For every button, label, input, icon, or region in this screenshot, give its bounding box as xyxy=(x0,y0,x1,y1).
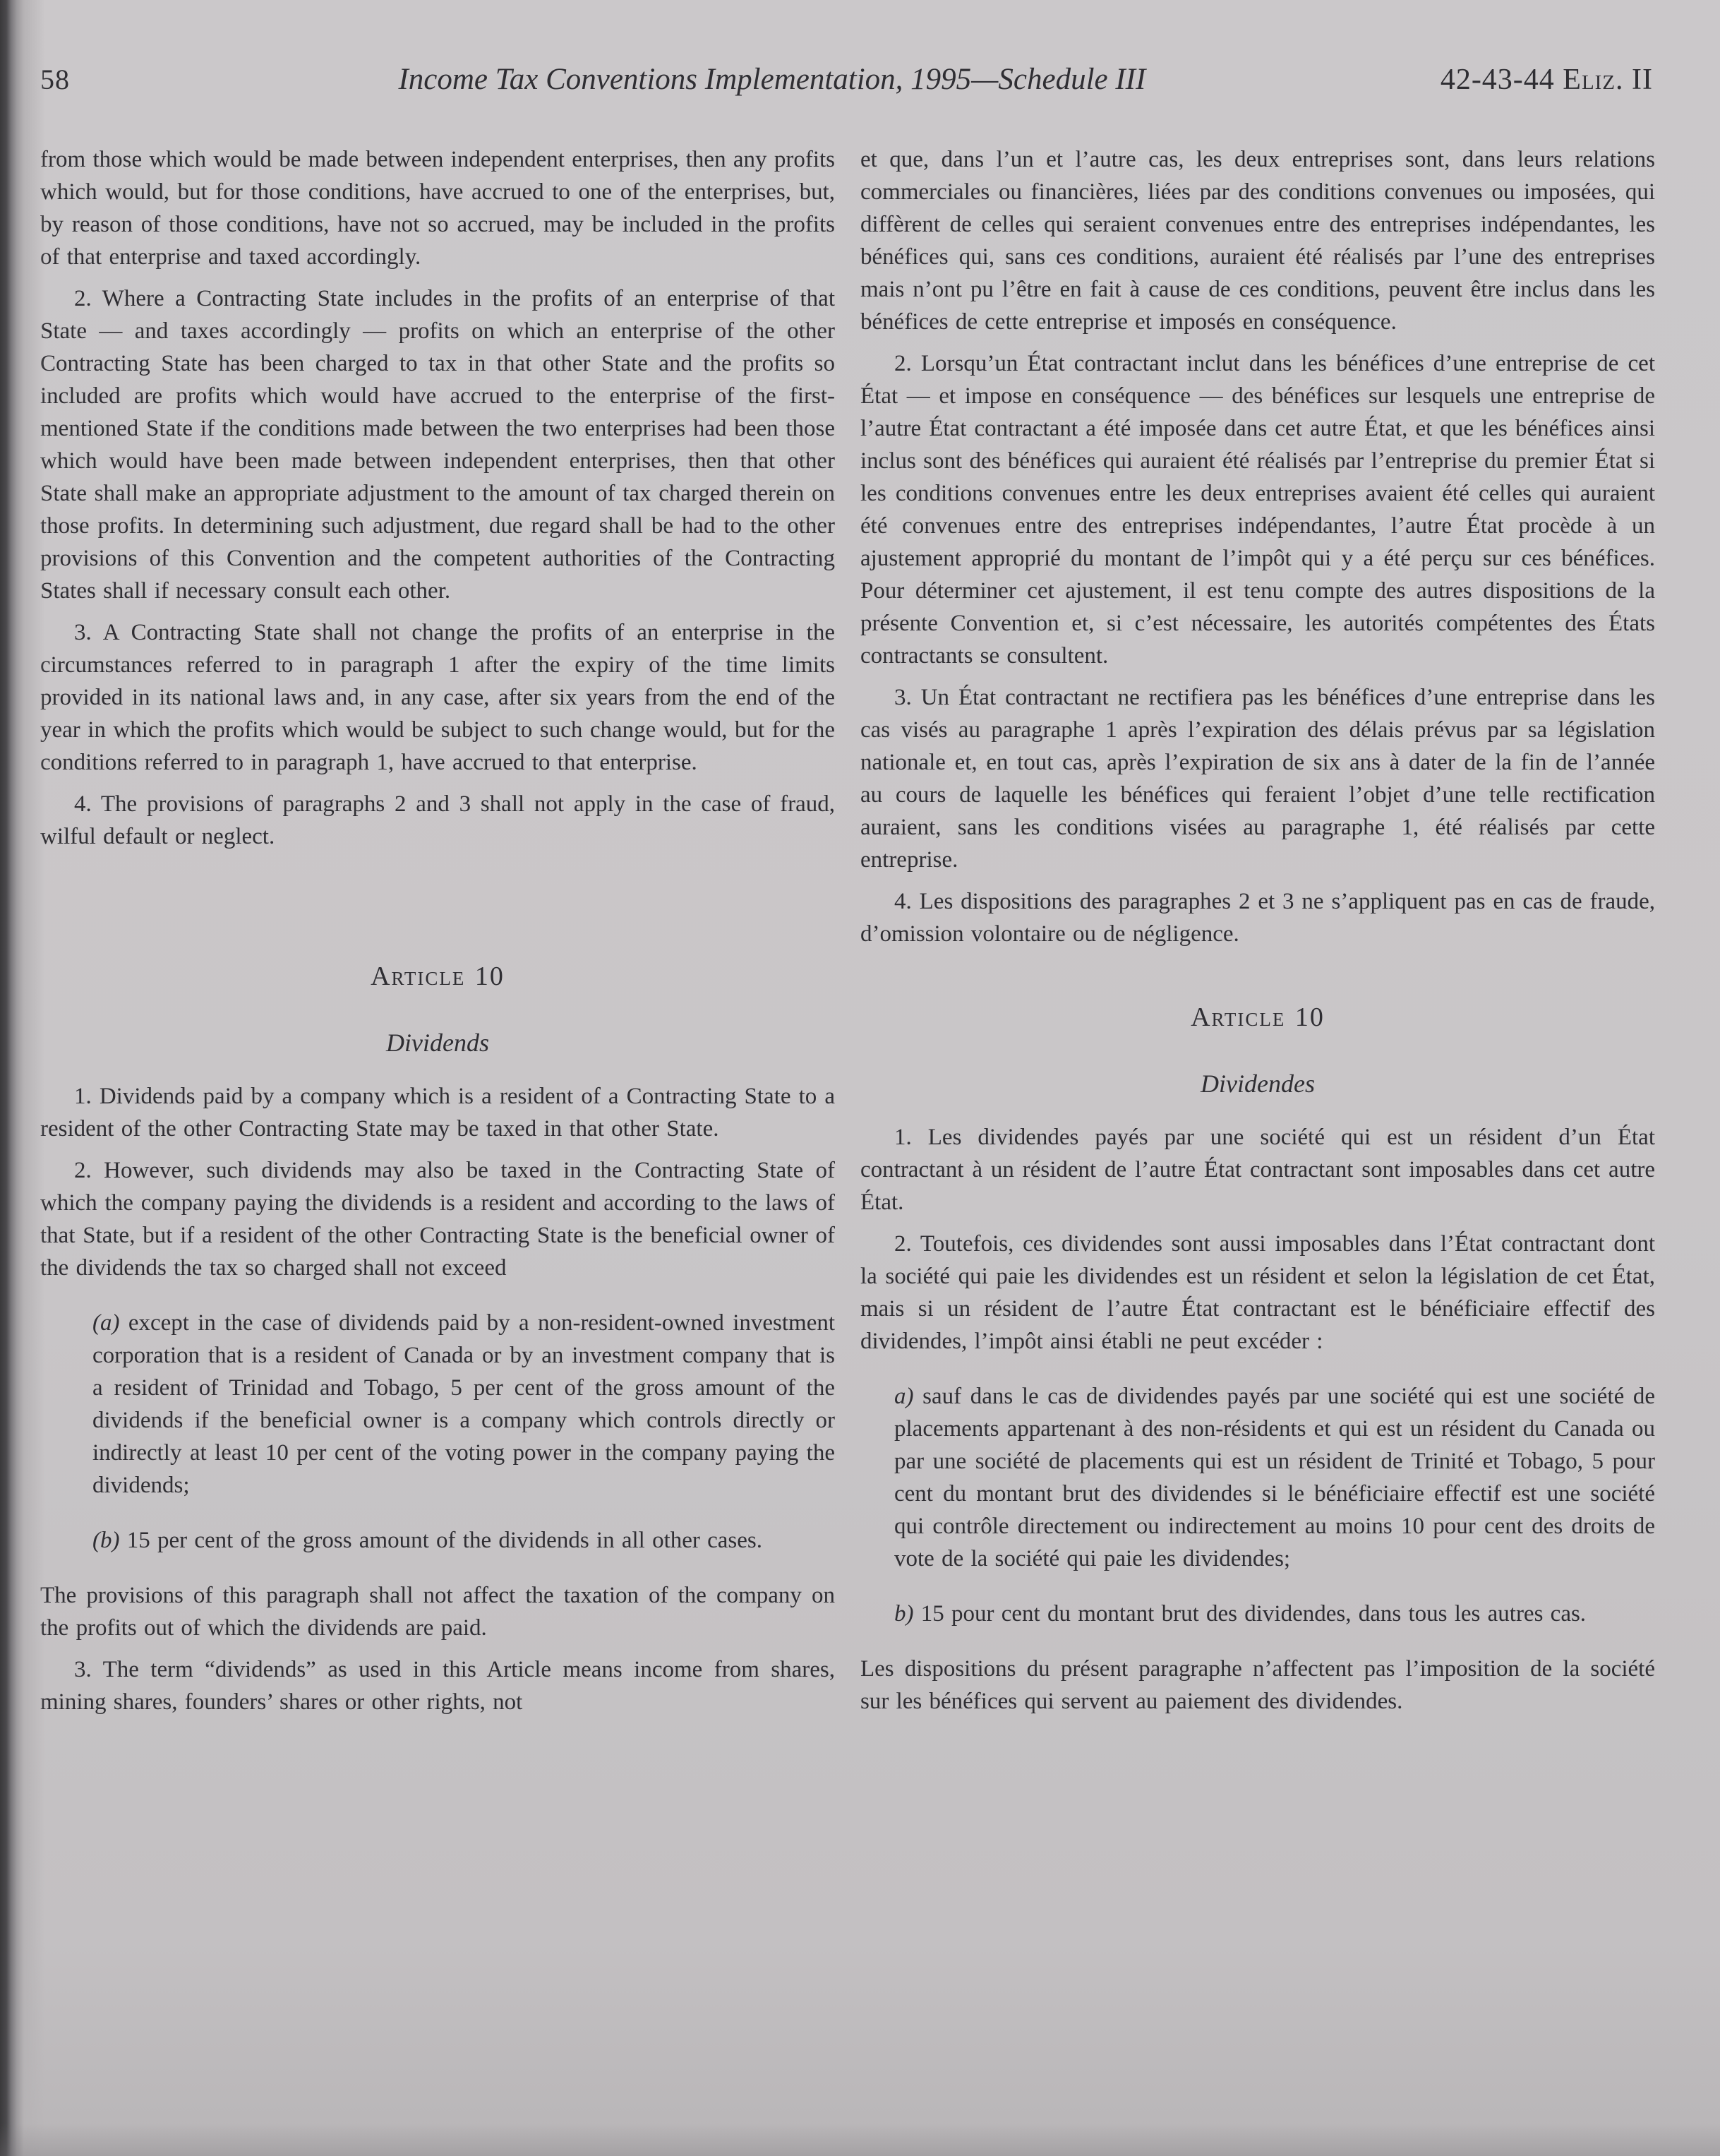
page-header: 58 Income Tax Conventions Implementation… xyxy=(0,0,1720,97)
fr-provisions-paragraph: Les dispositions du présent paragraphe n… xyxy=(860,1653,1655,1718)
fr-item-a: a) sauf dans le cas de dividendes payés … xyxy=(894,1380,1655,1575)
en-dividends-paragraph-2: 2. However, such dividends may also be t… xyxy=(40,1154,835,1284)
en-article-10-heading: Article 10 xyxy=(40,960,835,993)
fr-item-b-text: 15 pour cent du montant brut des dividen… xyxy=(921,1601,1586,1627)
en-paragraph-3: 3. A Contracting State shall not change … xyxy=(40,616,835,779)
fr-paragraph-2: 2. Lorsqu’un État contractant inclut dan… xyxy=(860,347,1655,672)
scanned-document-page: { "page": { "number": "58", "title": "In… xyxy=(0,0,1720,2156)
en-paragraph-4: 4. The provisions of paragraphs 2 and 3 … xyxy=(40,788,835,853)
fr-dividendes-subheading: Dividendes xyxy=(860,1067,1655,1100)
en-dividends-paragraph-1: 1. Dividends paid by a company which is … xyxy=(40,1080,835,1145)
fr-paragraph-4: 4. Les dispositions des paragraphes 2 et… xyxy=(860,885,1655,950)
fr-article-10-heading: Article 10 xyxy=(860,1001,1655,1034)
fr-item-b: b) 15 pour cent du montant brut des divi… xyxy=(894,1598,1655,1630)
page-bottom-shadow xyxy=(0,2124,1720,2156)
page-number: 58 xyxy=(40,63,132,96)
en-item-a-text: except in the case of dividends paid by … xyxy=(92,1310,835,1498)
en-item-b-label: (b) xyxy=(92,1528,119,1553)
volume-citation: 42-43-44 Eliz. II xyxy=(1441,63,1653,97)
running-title: Income Tax Conventions Implementation, 1… xyxy=(132,62,1412,97)
en-item-b-text: 15 per cent of the gross amount of the d… xyxy=(127,1528,762,1553)
fr-item-a-text: sauf dans le cas de dividendes payés par… xyxy=(894,1384,1655,1571)
en-item-a-label: (a) xyxy=(92,1310,119,1336)
en-provisions-paragraph: The provisions of this paragraph shall n… xyxy=(40,1579,835,1644)
en-paragraph-2: 2. Where a Contracting State includes in… xyxy=(40,282,835,607)
fr-dividendes-paragraph-1: 1. Les dividendes payés par une société … xyxy=(860,1121,1655,1218)
fr-dividendes-paragraph-2: 2. Toutefois, ces dividendes sont aussi … xyxy=(860,1228,1655,1358)
en-dividends-subheading: Dividends xyxy=(40,1026,835,1059)
english-column: from those which would be made between i… xyxy=(40,143,835,1727)
fr-paragraph-3: 3. Un État contractant ne rectifiera pas… xyxy=(860,681,1655,876)
en-paragraph-continuation: from those which would be made between i… xyxy=(40,143,835,273)
en-item-a: (a) except in the case of dividends paid… xyxy=(92,1307,835,1502)
french-column: et que, dans l’un et l’autre cas, les de… xyxy=(860,143,1655,1727)
en-item-b: (b) 15 per cent of the gross amount of t… xyxy=(92,1524,835,1557)
fr-item-a-label: a) xyxy=(894,1384,914,1409)
fr-item-b-label: b) xyxy=(894,1601,914,1627)
en-dividends-paragraph-3: 3. The term “dividends” as used in this … xyxy=(40,1653,835,1718)
two-column-body: from those which would be made between i… xyxy=(0,97,1720,1727)
fr-paragraph-continuation: et que, dans l’un et l’autre cas, les de… xyxy=(860,143,1655,338)
